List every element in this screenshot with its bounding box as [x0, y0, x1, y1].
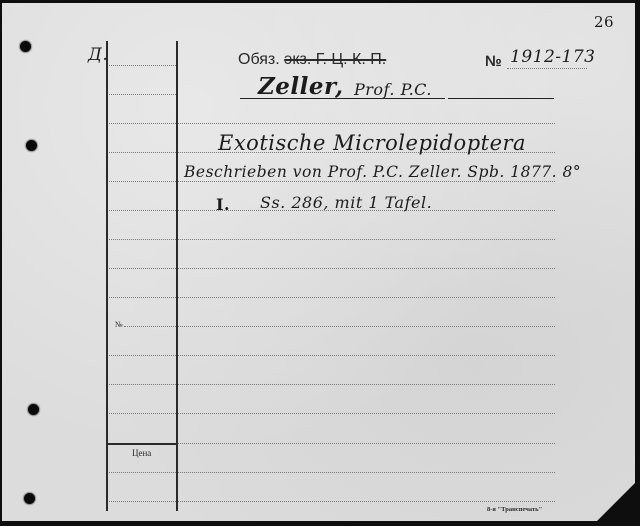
- main-line: [178, 413, 555, 414]
- left-column-line: [109, 94, 176, 95]
- main-line: [178, 326, 555, 327]
- catalog-card: 26 Д. Обяз. экз. Г. Ц. К. П. № 1912-173 …: [2, 3, 635, 521]
- left-column-line: [109, 472, 176, 473]
- printer-mark: 8-я "Транспечать": [487, 506, 542, 513]
- main-line: [178, 443, 555, 444]
- punch-hole-2: [26, 140, 37, 151]
- left-column-line: [109, 123, 176, 124]
- author-underline-extension: [448, 98, 554, 99]
- left-column-line: [109, 239, 176, 240]
- main-line: [178, 181, 555, 182]
- left-column-line: [109, 268, 176, 269]
- left-column-line: [109, 181, 176, 182]
- left-number-label: №: [115, 320, 123, 329]
- folded-corner: [597, 483, 635, 521]
- author-surname: Zeller,: [258, 73, 343, 100]
- header-struck-text: экз. Г. Ц. К. П.: [284, 51, 386, 68]
- left-column-line: [109, 65, 176, 66]
- header-printed: Обяз. экз. Г. Ц. К. П.: [238, 51, 386, 69]
- imprint: Beschrieben von Prof. P.C. Zeller. Spb. …: [184, 163, 581, 181]
- left-column-line: [109, 413, 176, 414]
- punch-hole-1: [20, 41, 31, 52]
- main-line: [178, 472, 555, 473]
- left-column-line: [124, 326, 176, 327]
- number-label: №: [485, 53, 502, 70]
- left-column-line: [109, 384, 176, 385]
- corner-mark: Д.: [88, 45, 108, 65]
- left-column-rule-outer: [106, 41, 108, 511]
- left-column-line: [109, 355, 176, 356]
- price-label: Цена: [132, 448, 151, 458]
- main-line: [178, 123, 555, 124]
- volume: I.: [216, 195, 230, 214]
- main-line: [178, 297, 555, 298]
- main-line: [178, 239, 555, 240]
- left-column-line: [109, 501, 176, 502]
- left-column-rule-inner: [176, 41, 178, 511]
- punch-hole-3: [28, 404, 39, 415]
- accession-underline: [507, 68, 587, 69]
- left-column-line: [109, 297, 176, 298]
- page-number: 26: [594, 13, 614, 31]
- author-underline: [240, 98, 445, 99]
- main-line: [178, 501, 555, 502]
- price-divider: [108, 443, 176, 445]
- main-line: [178, 268, 555, 269]
- punch-hole-4: [24, 493, 35, 504]
- left-column-line: [109, 152, 176, 153]
- author-title-initials: Prof. P.C.: [354, 80, 432, 99]
- left-column-line: [109, 210, 176, 211]
- accession-number: 1912-173: [510, 47, 595, 67]
- collation-pages: Ss. 286, mit 1 Tafel.: [260, 193, 432, 212]
- main-line: [178, 384, 555, 385]
- header-prefix: Обяз.: [238, 51, 280, 68]
- book-title: Exotische Microlepidoptera: [218, 131, 526, 155]
- main-line: [178, 355, 555, 356]
